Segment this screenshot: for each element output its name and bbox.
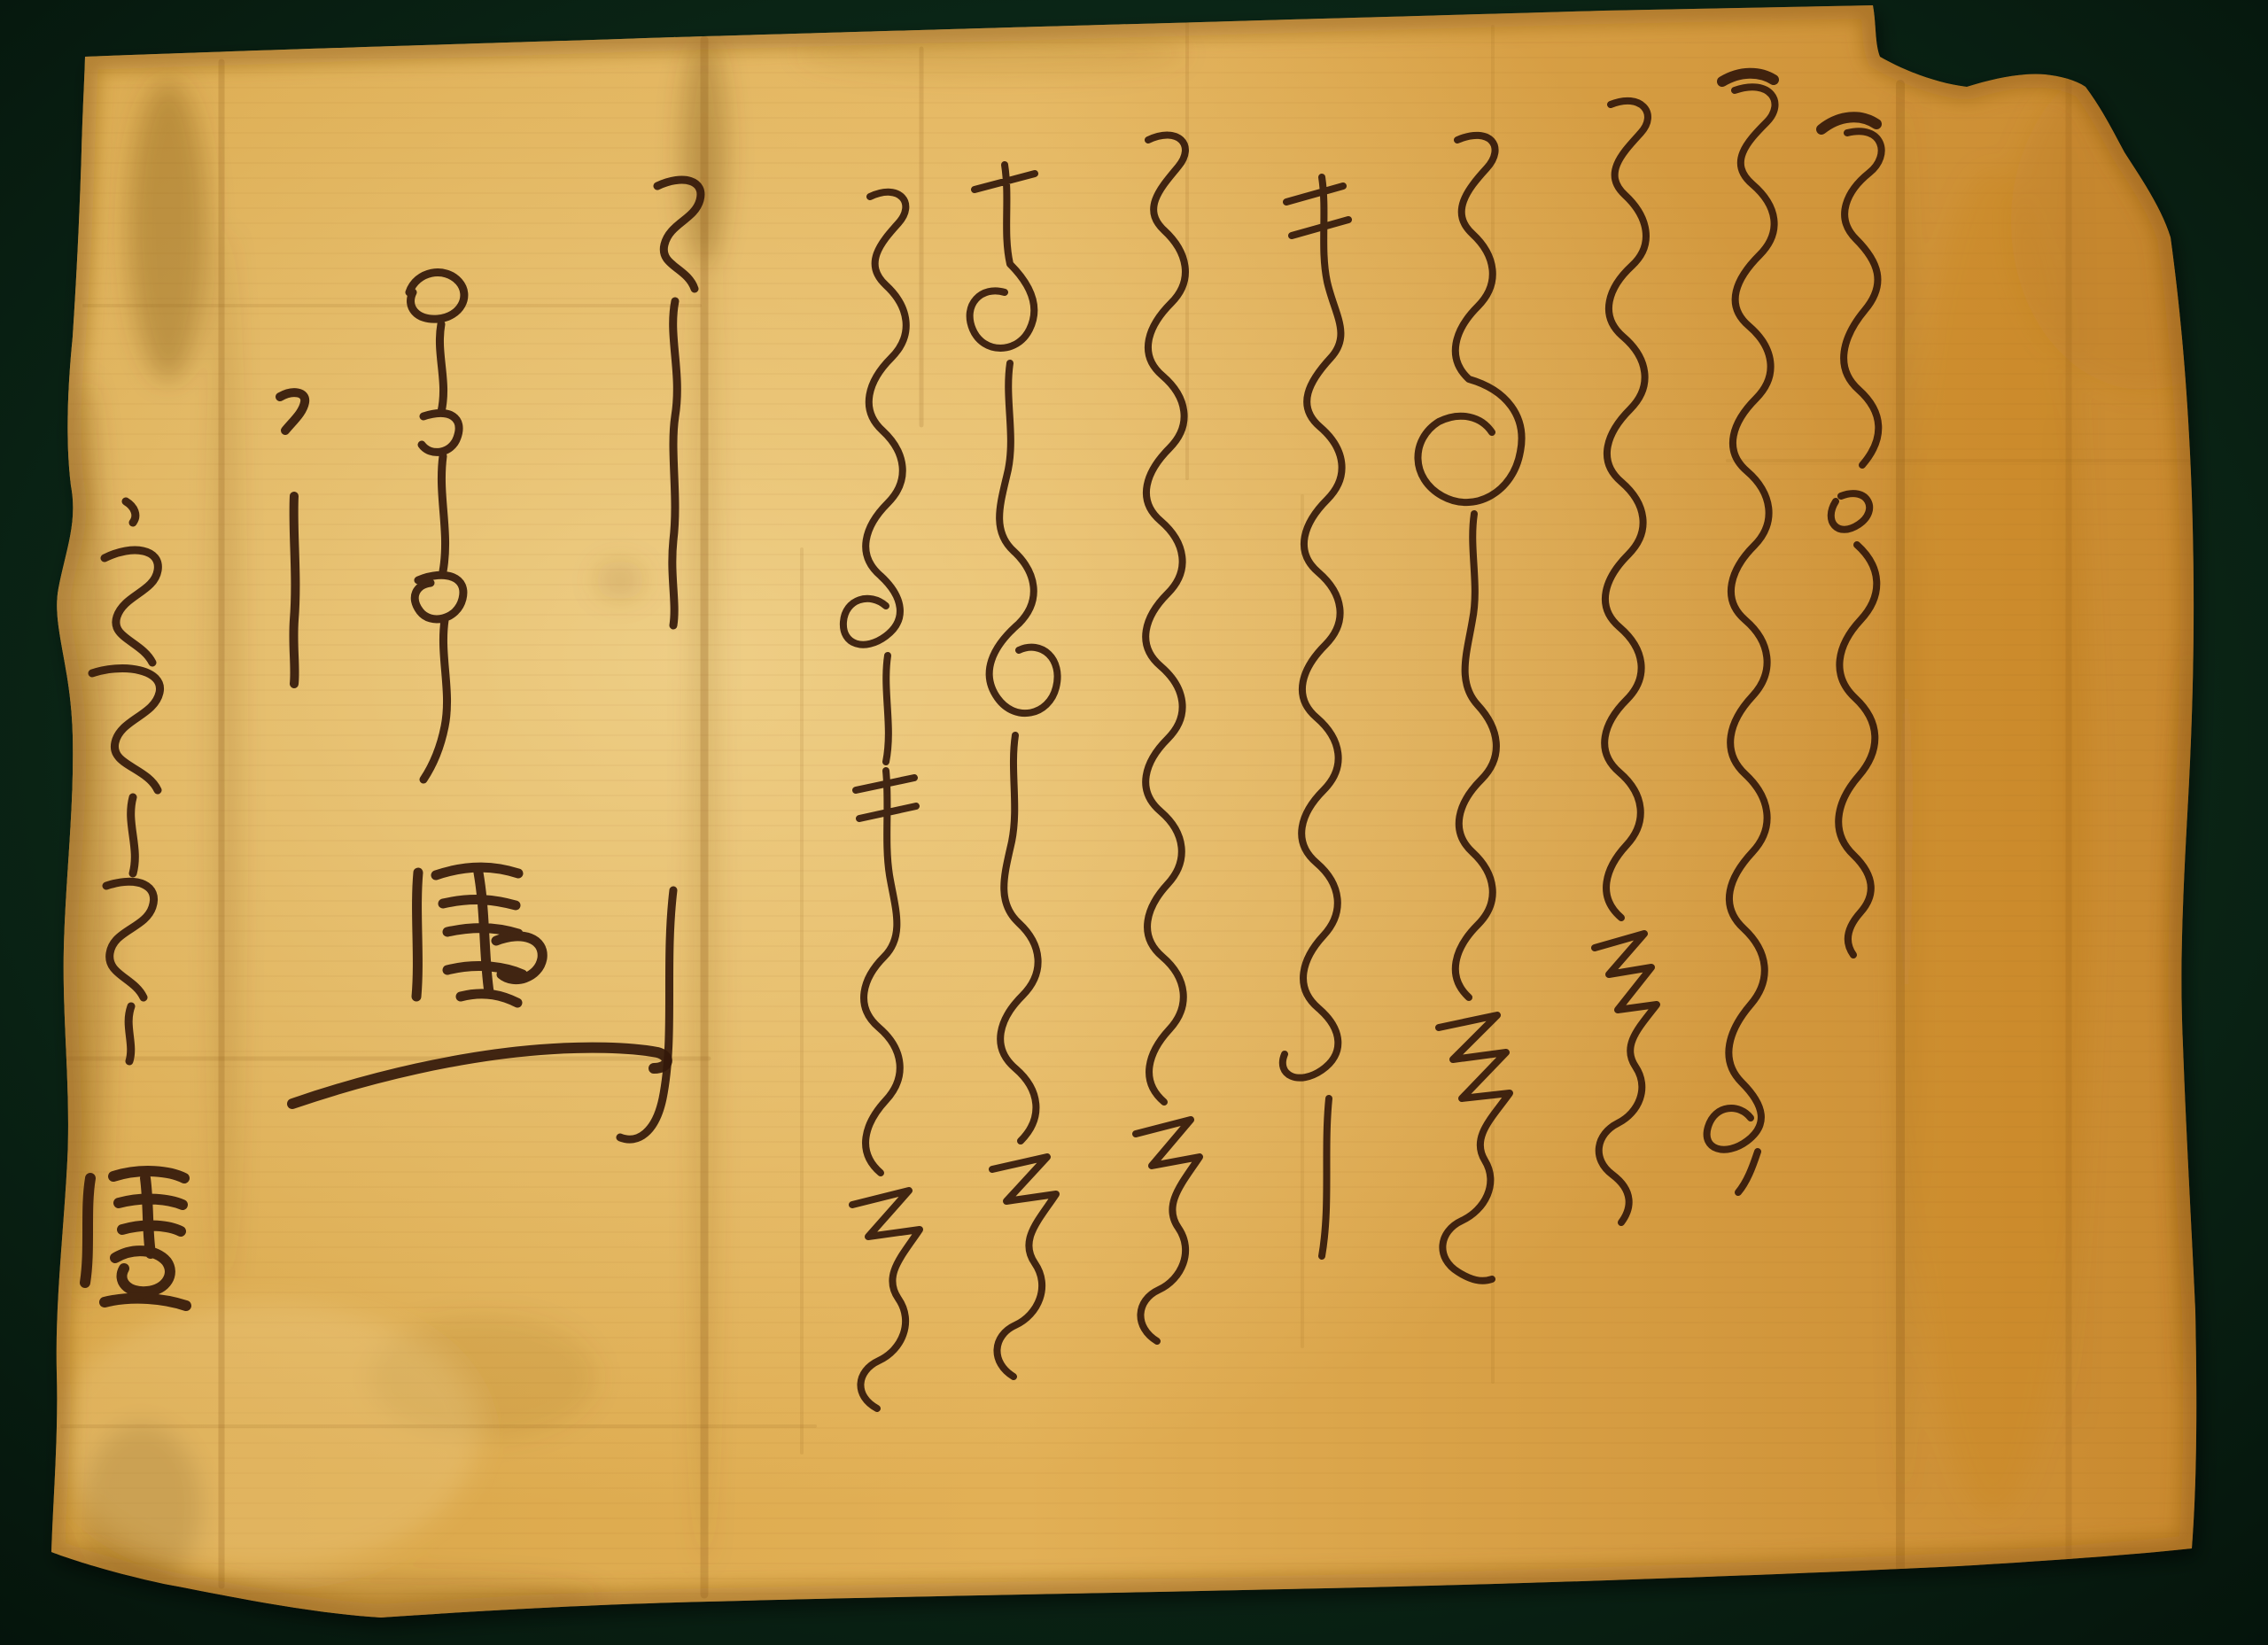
paper-sheet <box>0 0 2268 1645</box>
stain <box>1896 168 2091 1515</box>
stain <box>53 1302 478 1568</box>
stain <box>128 80 208 381</box>
stain <box>212 230 240 1293</box>
stain <box>595 561 645 600</box>
scene-canvas <box>0 0 2268 1645</box>
letter-photograph <box>0 0 2268 1645</box>
